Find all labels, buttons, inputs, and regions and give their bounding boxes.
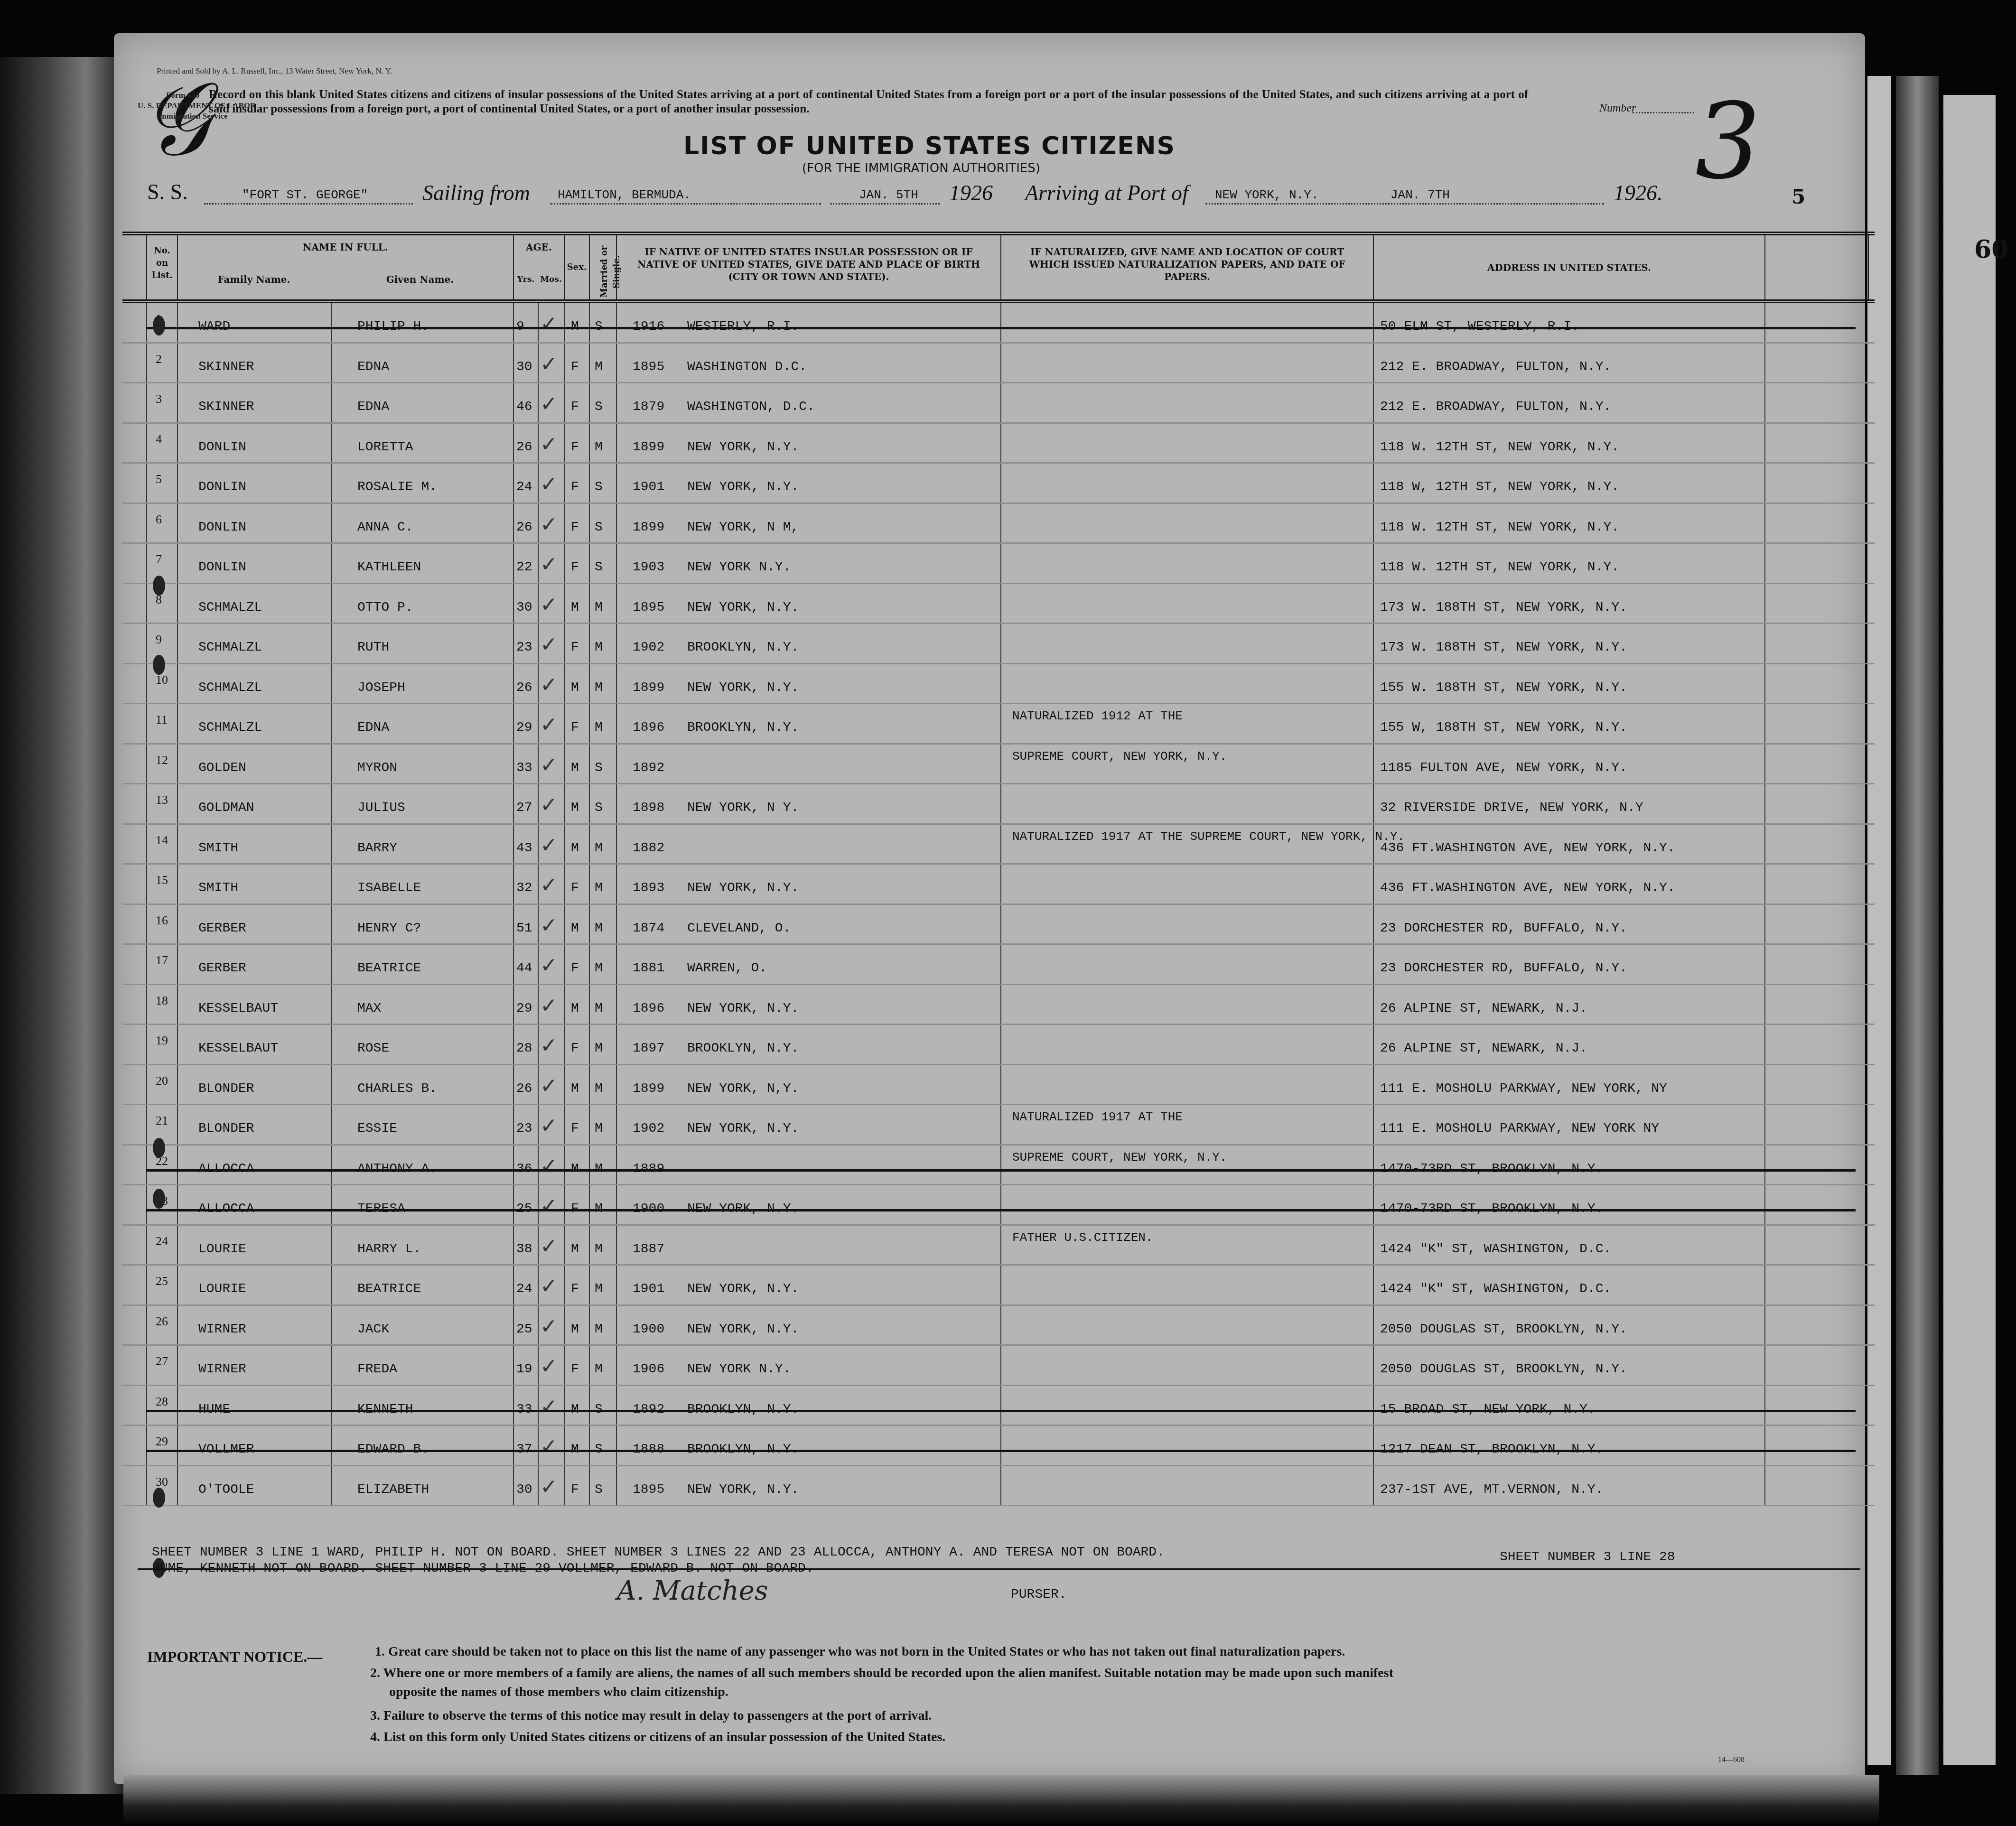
check-mark-icon: ✓ (540, 1074, 558, 1098)
table-row: 21BLONDERESSIE23FM1902NEW YORK, N.Y.NATU… (122, 1105, 1875, 1146)
birth-year: 1888 (633, 1442, 664, 1457)
check-mark-icon: ✓ (540, 392, 558, 416)
notice-item-2-cont: opposite the names of those members who … (389, 1685, 728, 1700)
birth-year: 1900 (633, 1322, 664, 1337)
given-name: LORETTA (357, 440, 413, 455)
address: 436 FT.WASHINGTON AVE, NEW YORK, N.Y. (1380, 881, 1675, 895)
line-number: 18 (156, 994, 168, 1008)
table-row: 20BLONDERCHARLES B.26MM1899NEW YORK, N,Y… (122, 1065, 1875, 1106)
marital-status: M (595, 1041, 603, 1056)
family-name: SMITH (198, 841, 238, 856)
table-row: 12GOLDENMYRON33MS1892SUPREME COURT, NEW … (122, 745, 1875, 785)
address: 1424 "K" ST, WASHINGTON, D.C. (1380, 1282, 1611, 1296)
family-name: DONLIN (198, 440, 246, 455)
naturalization: NATURALIZED 1917 AT THE SUPREME COURT, N… (1012, 829, 1405, 844)
sex: F (571, 440, 579, 455)
table-row: 22ALLOCCAANTHONY A.36MM1889SUPREME COURT… (122, 1146, 1875, 1186)
birth-place: NEW YORK, N.Y. (687, 881, 799, 895)
given-name: KATHLEEN (357, 560, 421, 575)
birth-year: 1901 (633, 480, 664, 494)
age-years: 32 (516, 881, 532, 895)
check-mark-icon: ✓ (540, 512, 558, 537)
line-number: 28 (156, 1395, 168, 1409)
sailing-label: Sailing from (422, 180, 530, 205)
address: 2050 DOUGLAS ST, BROOKLYN, N.Y. (1380, 1322, 1627, 1337)
birth-place: WARREN, O. (687, 961, 767, 976)
age-years: 25 (516, 1322, 532, 1337)
birth-place: NEW YORK, N.Y. (687, 440, 799, 455)
address: 212 E. BROADWAY, FULTON, N.Y. (1380, 400, 1611, 414)
marital-status: M (595, 1121, 603, 1136)
check-mark-icon: ✓ (540, 953, 558, 978)
sex: M (571, 1001, 579, 1016)
table-row: 30O'TOOLEELIZABETH30FS1895NEW YORK, N.Y.… (122, 1466, 1875, 1507)
check-mark-icon: ✓ (540, 1314, 558, 1339)
given-name: ELIZABETH (357, 1482, 429, 1497)
check-mark-icon: ✓ (540, 1154, 558, 1178)
line-number: 6 (156, 512, 162, 527)
address: 118 W. 12TH ST, NEW YORK, N.Y. (1380, 560, 1619, 575)
address: 2050 DOUGLAS ST, BROOKLYN, N.Y. (1380, 1362, 1627, 1377)
number-line (1633, 112, 1694, 113)
line-number: 5 (156, 472, 162, 486)
given-name: HARRY L. (357, 1242, 421, 1257)
given-name: BEATRICE (357, 1282, 421, 1296)
birth-place: NEW YORK N.Y. (687, 1362, 791, 1377)
marital-status: S (595, 400, 603, 414)
birth-place: NEW YORK, N.Y. (687, 1282, 799, 1296)
table-row: 7DONLINKATHLEEN22FS1903NEW YORK N.Y.118 … (122, 544, 1875, 584)
notice-item-3: 3. Failure to observe the terms of this … (370, 1708, 932, 1724)
sex: F (571, 881, 579, 895)
check-mark-icon: ✓ (540, 312, 558, 336)
birth-place: NEW YORK, N.Y. (687, 1001, 799, 1016)
birth-year: 1896 (633, 1001, 664, 1016)
page-number: 5 (1792, 185, 1805, 208)
family-name: BLONDER (198, 1081, 254, 1096)
col-no: No. on List. (146, 235, 177, 299)
age-years: 23 (516, 640, 532, 655)
birth-year: 1896 (633, 720, 664, 735)
marital-status: S (595, 560, 603, 575)
family-name: LOURIE (198, 1282, 246, 1296)
table-row: 10SCHMALZLJOSEPH26MM1899NEW YORK, N.Y.15… (122, 664, 1875, 705)
adjacent-page-number: 60 (1974, 235, 2008, 264)
sex: F (571, 520, 579, 535)
col-naturalized: IF NATURALIZED, GIVE NAME AND LOCATION O… (1000, 235, 1373, 299)
age-years: 19 (516, 1362, 532, 1377)
age-years: 43 (516, 841, 532, 856)
marital-status: M (595, 961, 603, 976)
table-row: 6DONLINANNA C.26FS1899NEW YORK, N M,118 … (122, 504, 1875, 544)
birth-place: BROOKLYN, N.Y. (687, 1041, 799, 1056)
marital-status: S (595, 480, 603, 494)
family-name: WARD (198, 319, 230, 334)
check-mark-icon: ✓ (540, 633, 558, 657)
marital-status: M (595, 881, 603, 895)
table-row: 17GERBERBEATRICE44FM1881WARREN, O.23 DOR… (122, 945, 1875, 985)
birth-year: 1895 (633, 360, 664, 374)
arriving-label: Arriving at Port of (1025, 180, 1188, 205)
marital-status: S (595, 520, 603, 535)
age-years: 44 (516, 961, 532, 976)
check-mark-icon: ✓ (540, 1114, 558, 1138)
marital-status: M (595, 1202, 603, 1216)
address: 118 W, 12TH ST, NEW YORK, N.Y. (1380, 480, 1619, 494)
table-row: 27WIRNERFREDA19FM1906NEW YORK N.Y.2050 D… (122, 1346, 1875, 1386)
family-name: VOLLMER (198, 1442, 254, 1457)
age-years: 9 (516, 319, 524, 334)
given-name: JACK (357, 1322, 389, 1337)
line-number: 10 (156, 673, 168, 687)
birth-year: 1887 (633, 1242, 664, 1257)
family-name: GERBER (198, 961, 246, 976)
given-name: KENNETH (357, 1402, 413, 1417)
check-mark-icon: ✓ (540, 873, 558, 897)
marital-status: M (595, 1081, 603, 1096)
birth-year: 1892 (633, 761, 664, 775)
marital-status: M (595, 720, 603, 735)
address: 26 ALPINE ST, NEWARK, N.J. (1380, 1001, 1587, 1016)
binder-hole (153, 655, 165, 675)
check-mark-icon: ✓ (540, 593, 558, 617)
given-name: OTTO P. (357, 600, 413, 615)
notice-item-2: 2. Where one or more members of a family… (370, 1666, 1393, 1681)
table-row: 4DONLINLORETTA26FM1899NEW YORK, N.Y.118 … (122, 424, 1875, 464)
check-mark-icon: ✓ (540, 753, 558, 777)
birth-place: NEW YORK N.Y. (687, 560, 791, 575)
naturalization: NATURALIZED 1912 AT THE (1012, 709, 1183, 723)
col-birth: IF NATIVE OF UNITED STATES INSULAR POSSE… (616, 235, 1000, 299)
sex: F (571, 1482, 579, 1497)
notice-item-1: 1. Great care should be taken not to pla… (375, 1644, 1345, 1659)
address: 155 W, 188TH ST, NEW YORK, N.Y. (1380, 720, 1627, 735)
line-number: 7 (156, 552, 162, 567)
line-number: 20 (156, 1074, 168, 1088)
given-name: PHILIP H. (357, 319, 429, 334)
birth-year: 1899 (633, 680, 664, 695)
family-name: GERBER (198, 921, 246, 936)
marital-status: M (595, 1282, 603, 1296)
marital-status: M (595, 600, 603, 615)
binder-hole (153, 1138, 165, 1158)
family-name: O'TOOLE (198, 1482, 254, 1497)
ship-prefix: S. S. (147, 179, 188, 205)
address: 1470-73RD ST, BROOKLYN, N.Y. (1380, 1162, 1603, 1176)
check-mark-icon: ✓ (540, 1234, 558, 1258)
given-name: ROSALIE M. (357, 480, 437, 494)
address: 436 FT.WASHINGTON AVE, NEW YORK, N.Y. (1380, 841, 1675, 856)
sex: M (571, 1442, 579, 1457)
table-row: 19KESSELBAUTROSE28FM1897BROOKLYN, N.Y.26… (122, 1025, 1875, 1065)
age-years: 28 (516, 1041, 532, 1056)
check-mark-icon: ✓ (540, 1395, 558, 1419)
stacked-pages (1867, 76, 2016, 1784)
check-mark-icon: ✓ (540, 472, 558, 496)
line-number: 11 (156, 713, 168, 727)
sex: M (571, 801, 579, 815)
family-name: ALLOCCA (198, 1162, 254, 1176)
binder-hole (153, 1488, 165, 1508)
given-name: EDNA (357, 720, 389, 735)
check-mark-icon: ✓ (540, 913, 558, 938)
sex: F (571, 1362, 579, 1377)
birth-year: 1902 (633, 1121, 664, 1136)
naturalization: NATURALIZED 1917 AT THE (1012, 1110, 1183, 1124)
age-years: 26 (516, 680, 532, 695)
age-years: 33 (516, 1402, 532, 1417)
family-name: SCHMALZL (198, 600, 262, 615)
address: 173 W. 188TH ST, NEW YORK, N.Y. (1380, 600, 1627, 615)
address: 32 RIVERSIDE DRIVE, NEW YORK, N.Y (1380, 801, 1643, 815)
birth-year: 1899 (633, 440, 664, 455)
birth-place: BROOKLYN, N.Y. (687, 1402, 799, 1417)
birth-year: 1902 (633, 640, 664, 655)
given-name: HENRY C? (357, 921, 421, 936)
address: 173 W. 188TH ST, NEW YORK, N.Y. (1380, 640, 1627, 655)
address: 111 E. MOSHOLU PARKWAY, NEW YORK, NY (1380, 1081, 1667, 1096)
family-name: KESSELBAUT (198, 1041, 278, 1056)
marital-status: M (595, 1322, 603, 1337)
birth-place: WASHINGTON D.C. (687, 360, 807, 374)
binder-hole (153, 316, 165, 335)
marital-status: M (595, 841, 603, 856)
line-number: 9 (156, 633, 162, 647)
line-number: 17 (156, 953, 168, 968)
line-number: 19 (156, 1034, 168, 1048)
given-name: EDNA (357, 360, 389, 374)
marital-status: M (595, 680, 603, 695)
given-name: ANTHONY A. (357, 1162, 437, 1176)
table-row: 8SCHMALZLOTTO P.30MM1895NEW YORK, N.Y.17… (122, 584, 1875, 624)
marital-status: M (595, 1001, 603, 1016)
check-mark-icon: ✓ (540, 352, 558, 376)
sex: M (571, 1242, 579, 1257)
line-number: 30 (156, 1475, 168, 1489)
marital-status: M (595, 440, 603, 455)
age-years: 30 (516, 600, 532, 615)
sex: F (571, 1202, 579, 1216)
family-name: SKINNER (198, 400, 254, 414)
page-title: LIST OF UNITED STATES CITIZENS (683, 132, 1176, 160)
line-number: 27 (156, 1354, 168, 1369)
birth-year: 1899 (633, 1081, 664, 1096)
check-mark-icon: ✓ (540, 1435, 558, 1459)
sex: M (571, 841, 579, 856)
table-row: 11SCHMALZLEDNA29FM1896BROOKLYN, N.Y.NATU… (122, 704, 1875, 745)
age-years: 24 (516, 480, 532, 494)
birth-place: BROOKLYN, N.Y. (687, 1442, 799, 1457)
printer-credit: Printed and Sold by A. L. Russell, Inc.,… (157, 66, 392, 76)
birth-year: 1895 (633, 600, 664, 615)
family-name: LOURIE (198, 1242, 246, 1257)
birth-place: NEW YORK, N.Y. (687, 1322, 799, 1337)
marital-status: M (595, 640, 603, 655)
birth-place: NEW YORK, N Y. (687, 801, 799, 815)
family-name: SCHMALZL (198, 720, 262, 735)
binder-hole (153, 576, 165, 596)
family-name: DONLIN (198, 520, 246, 535)
sex: M (571, 1162, 579, 1176)
given-name: EDNA (357, 400, 389, 414)
given-name: MAX (357, 1001, 381, 1016)
check-mark-icon: ✓ (540, 1274, 558, 1298)
birth-year: 1879 (633, 400, 664, 414)
address: 212 E. BROADWAY, FULTON, N.Y. (1380, 360, 1611, 374)
birth-place: NEW YORK, N,Y. (687, 1081, 799, 1096)
address: 50 ELM ST, WESTERLY, R.I. (1380, 319, 1579, 334)
binder-hole (153, 1189, 165, 1209)
age-years: 26 (516, 440, 532, 455)
torn-bottom-edge (123, 1775, 1879, 1826)
birth-year: 1897 (633, 1041, 664, 1056)
line-number: 2 (156, 352, 162, 366)
given-name: JULIUS (357, 801, 405, 815)
table-row: 2SKINNEREDNA30FM1895WASHINGTON D.C.212 E… (122, 344, 1875, 384)
family-name: BLONDER (198, 1121, 254, 1136)
footer-notes: SHEET NUMBER 3 LINE 1 WARD, PHILIP H. NO… (138, 1545, 1889, 1577)
given-name: ISABELLE (357, 881, 421, 895)
sex: M (571, 1322, 579, 1337)
sex: M (571, 921, 579, 936)
check-mark-icon: ✓ (540, 673, 558, 697)
address: 1217 DEAN ST, BROOKLYN, N.Y. (1380, 1442, 1603, 1457)
birth-year: 1893 (633, 881, 664, 895)
age-years: 26 (516, 520, 532, 535)
age-years: 25 (516, 1202, 532, 1216)
birth-place: NEW YORK, N.Y. (687, 1121, 799, 1136)
address: 155 W. 188TH ST, NEW YORK, N.Y. (1380, 680, 1627, 695)
address: 1470-73RD ST, BROOKLYN, N.Y. (1380, 1202, 1603, 1216)
col-sex: Sex. (564, 235, 589, 299)
birth-year: 1903 (633, 560, 664, 575)
sex: M (571, 1081, 579, 1096)
table-row: 5DONLINROSALIE M.24FS1901NEW YORK, N.Y.1… (122, 464, 1875, 504)
age-years: 36 (516, 1162, 532, 1176)
col-age: AGE. Yrs. Mos. (513, 235, 564, 299)
age-years: 38 (516, 1242, 532, 1257)
marital-status: S (595, 761, 603, 775)
number-label: Number (1599, 102, 1636, 115)
family-name: SKINNER (198, 360, 254, 374)
given-name: MYRON (357, 761, 397, 775)
marital-status: S (595, 1442, 603, 1457)
check-mark-icon: ✓ (540, 1475, 558, 1499)
sex: F (571, 720, 579, 735)
marital-status: M (595, 921, 603, 936)
line-number: 3 (156, 392, 162, 406)
purser-label: PURSER. (1011, 1587, 1067, 1602)
given-name: FREDA (357, 1362, 397, 1377)
address: 1185 FULTON AVE, NEW YORK, N.Y. (1380, 761, 1627, 775)
family-name: HUME (198, 1402, 230, 1417)
given-name: EDWARD B. (357, 1442, 429, 1457)
col-name-in-full: NAME IN FULL. Family Name. Given Name. (177, 235, 513, 299)
col-married-single: Married or Single. (589, 235, 616, 299)
purser-signature: A. Matches (617, 1575, 768, 1606)
line-number: 29 (156, 1435, 168, 1449)
sex: F (571, 640, 579, 655)
table-row: 28HUMEKENNETH33MS1892BROOKLYN, N.Y.15 BR… (122, 1386, 1875, 1426)
given-name: ANNA C. (357, 520, 413, 535)
sailing-date: JAN. 5TH (859, 188, 918, 202)
birth-place: NEW YORK, N M, (687, 520, 799, 535)
birth-place: NEW YORK, N.Y. (687, 1482, 799, 1497)
family-name: ALLOCCA (198, 1202, 254, 1216)
age-years: 24 (516, 1282, 532, 1296)
birth-year: 1898 (633, 801, 664, 815)
arrival-port: NEW YORK, N.Y. (1215, 188, 1318, 202)
address: 111 E. MOSHOLU PARKWAY, NEW YORK NY (1380, 1121, 1659, 1136)
marital-status: M (595, 1242, 603, 1257)
line-number: 13 (156, 793, 168, 807)
check-mark-icon: ✓ (540, 793, 558, 817)
check-mark-icon: ✓ (540, 994, 558, 1018)
address: 237-1ST AVE, MT.VERNON, N.Y. (1380, 1482, 1603, 1497)
notice-heading: IMPORTANT NOTICE.— (147, 1648, 322, 1666)
sex: F (571, 480, 579, 494)
line-number: 16 (156, 913, 168, 928)
birth-year: 1889 (633, 1162, 664, 1176)
table-body: 1WARDPHILIP H.9MS1916WESTERLY, R.I.50 EL… (122, 303, 1875, 1506)
age-years: 27 (516, 801, 532, 815)
given-name: RUTH (357, 640, 389, 655)
family-name: GOLDMAN (198, 801, 254, 815)
book-binding-edge (0, 57, 123, 1794)
birth-place: NEW YORK, N.Y. (687, 1202, 799, 1216)
col-blank (1764, 235, 1869, 299)
check-mark-icon: ✓ (540, 1034, 558, 1058)
naturalization: SUPREME COURT, NEW YORK, N.Y. (1012, 749, 1227, 764)
family-name: DONLIN (198, 560, 246, 575)
sex: F (571, 1282, 579, 1296)
arrival-date: JAN. 7TH (1391, 188, 1450, 202)
check-mark-icon: ✓ (540, 713, 558, 737)
marital-status: M (595, 1162, 603, 1176)
line-number: 26 (156, 1314, 168, 1329)
age-years: 22 (516, 560, 532, 575)
table-header: No. on List. NAME IN FULL. Family Name. … (122, 232, 1875, 303)
table-row: 29VOLLMEREDWARD B.37MS1888BROOKLYN, N.Y.… (122, 1426, 1875, 1466)
sex: F (571, 560, 579, 575)
line-number: 25 (156, 1274, 168, 1288)
table-row: 14SMITHBARRY43MM1882NATURALIZED 1917 AT … (122, 825, 1875, 865)
ship-name: "FORT ST. GEORGE" (242, 188, 368, 202)
given-name: JOSEPH (357, 680, 405, 695)
birth-year: 1892 (633, 1402, 664, 1417)
sex: F (571, 1041, 579, 1056)
line-number: 21 (156, 1114, 168, 1128)
marital-status: M (595, 360, 603, 374)
sex: M (571, 680, 579, 695)
naturalization: FATHER U.S.CITIZEN. (1012, 1230, 1153, 1245)
col-address: ADDRESS IN UNITED STATES. (1373, 235, 1764, 299)
age-years: 30 (516, 1482, 532, 1497)
birth-year: 1895 (633, 1482, 664, 1497)
check-mark-icon: ✓ (540, 552, 558, 577)
given-name: CHARLES B. (357, 1081, 437, 1096)
birth-year: 1900 (633, 1202, 664, 1216)
notice-item-4: 4. List on this form only United States … (370, 1730, 945, 1745)
family-name: WIRNER (198, 1322, 246, 1337)
birth-year: 1916 (633, 319, 664, 334)
form-code: 14—608 (1718, 1756, 1745, 1764)
address: 118 W. 12TH ST, NEW YORK, N.Y. (1380, 440, 1619, 455)
birth-place: WESTERLY, R.I. (687, 319, 799, 334)
family-name: DONLIN (198, 480, 246, 494)
sex: F (571, 400, 579, 414)
naturalization: SUPREME COURT, NEW YORK, N.Y. (1012, 1150, 1227, 1165)
